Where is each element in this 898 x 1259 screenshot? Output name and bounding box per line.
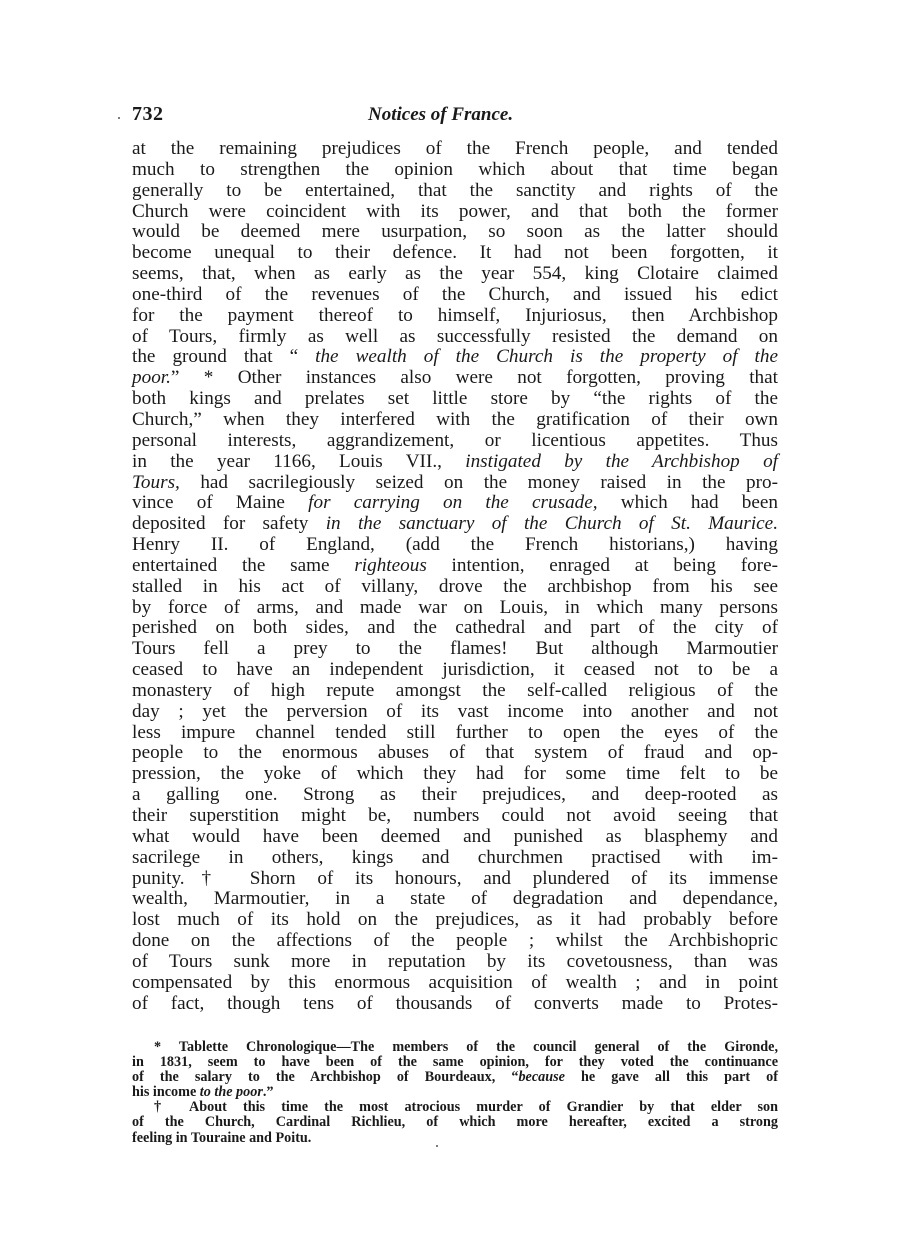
footnote-text-segment: he gave all this part of [565, 1069, 778, 1085]
body-line: one-third of the revenues of the Church,… [132, 285, 778, 306]
body-line: ceased to have an independent jurisdicti… [132, 660, 778, 681]
body-line: perished on both sides, and the cathedra… [132, 618, 778, 639]
body-line: much to strengthen the opinion which abo… [132, 160, 778, 181]
footnote-line: of the Church, Cardinal Richlieu, of whi… [132, 1115, 778, 1130]
body-text-segment: vince of Maine [132, 492, 308, 513]
body-line: would be deemed mere usurpation, so soon… [132, 222, 778, 243]
footnote-text-segment: of the salary to the Archbishop of Bourd… [132, 1069, 518, 1085]
body-line: wealth, Marmoutier, in a state of degrad… [132, 889, 778, 910]
emphasis-italic: because [518, 1069, 565, 1085]
body-line: pression, the yoke of which they had for… [132, 764, 778, 785]
footnote-line: * Tablette Chronologique—The members of … [132, 1040, 778, 1055]
body-line: the ground that “ the wealth of the Chur… [132, 347, 778, 368]
body-line: what would have been deemed and punished… [132, 827, 778, 848]
emphasis-italic: instigated by the Archbishop of [465, 451, 778, 472]
emphasis-italic: to the poor [200, 1084, 263, 1100]
body-line: people to the enormous abuses of that sy… [132, 743, 778, 764]
body-text-segment: the ground that “ [132, 346, 315, 367]
body-line: in the year 1166, Louis VII., instigated… [132, 452, 778, 473]
print-speck [118, 117, 120, 119]
print-speck [436, 1145, 438, 1147]
body-text-segment: had sacrilegiously seized on the money r… [180, 472, 778, 493]
body-line: punity.† Shorn of its honours, and plund… [132, 869, 778, 890]
body-text: at the remaining prejudices of the Frenc… [132, 139, 778, 1014]
running-title: Notices of France. [368, 104, 513, 126]
body-line: compensated by this enormous acquisition… [132, 973, 778, 994]
body-line: vince of Maine for carrying on the crusa… [132, 493, 778, 514]
body-line: Church,” when they interfered with the g… [132, 410, 778, 431]
body-line: poor.” * Other instances also were not f… [132, 368, 778, 389]
body-line: Tours fell a prey to the flames! But alt… [132, 639, 778, 660]
body-line: Tours, had sacrilegiously seized on the … [132, 473, 778, 494]
body-line: Church were coincident with its power, a… [132, 202, 778, 223]
body-text-segment: in the year 1166, Louis VII., [132, 451, 465, 472]
emphasis-italic: Tours, [132, 472, 180, 493]
page-number: 732 [132, 103, 164, 126]
body-text-segment: which had been [598, 492, 778, 513]
footnote-reference-star: ” * Other instances also were not forgot… [171, 367, 778, 388]
body-line: generally to be entertained, that the sa… [132, 181, 778, 202]
body-line: monastery of high repute amongst the sel… [132, 681, 778, 702]
body-line: both kings and prelates set little store… [132, 389, 778, 410]
body-line: entertained the same righteous intention… [132, 556, 778, 577]
body-line: by force of arms, and made war on Louis,… [132, 598, 778, 619]
body-line: lost much of its hold on the prejudices,… [132, 910, 778, 931]
footnote-line: of the salary to the Archbishop of Bourd… [132, 1070, 778, 1085]
quotation-italic: the wealth of the Church is the property… [315, 346, 778, 367]
book-page: 732 Notices of France. at the remaining … [0, 0, 898, 1259]
body-line: for the payment thereof to himself, Inju… [132, 306, 778, 327]
footnote-line: † About this time the most atrocious mur… [132, 1100, 778, 1115]
body-line: become unequal to their defence. It had … [132, 243, 778, 264]
body-line: their superstition might be, numbers cou… [132, 806, 778, 827]
footnote-text-segment: his income [132, 1084, 200, 1100]
body-line: of fact, though tens of thousands of con… [132, 994, 778, 1015]
body-line: of Tours, firmly as well as successfully… [132, 327, 778, 348]
emphasis-italic: for carrying on the crusade, [308, 492, 597, 513]
emphasis-italic: in the sanctuary of the Church of St. Ma… [326, 513, 778, 534]
body-text-segment: deposited for safety [132, 513, 326, 534]
body-line: deposited for safety in the sanctuary of… [132, 514, 778, 535]
body-line: of Tours sunk more in reputation by its … [132, 952, 778, 973]
footnote-text-segment: .” [263, 1084, 274, 1100]
body-line: personal interests, aggrandizement, or l… [132, 431, 778, 452]
body-line: Henry II. of England, (add the French hi… [132, 535, 778, 556]
footnote-line: his income to the poor.” [132, 1085, 778, 1100]
body-text-segment: intention, enraged at being fore- [427, 555, 778, 576]
footnotes: * Tablette Chronologique—The members of … [132, 1040, 778, 1146]
footnote-line: in 1831, seem to have been of the same o… [132, 1055, 778, 1070]
body-line: done on the affections of the people ; w… [132, 931, 778, 952]
body-line: less impure channel tended still further… [132, 723, 778, 744]
quotation-italic: poor. [132, 367, 171, 388]
footnote-line: feeling in Touraine and Poitu. [132, 1131, 778, 1146]
body-line: sacrilege in others, kings and churchmen… [132, 848, 778, 869]
footnote-star: * Tablette Chronologique—The members of … [132, 1040, 778, 1100]
footnote-dagger: † About this time the most atrocious mur… [132, 1100, 778, 1145]
body-line: at the remaining prejudices of the Frenc… [132, 139, 778, 160]
body-text-segment: entertained the same [132, 555, 354, 576]
body-line: seems, that, when as early as the year 5… [132, 264, 778, 285]
body-line: day ; yet the perversion of its vast inc… [132, 702, 778, 723]
body-line: stalled in his act of villany, drove the… [132, 577, 778, 598]
body-line: a galling one. Strong as their prejudice… [132, 785, 778, 806]
running-head: 732 Notices of France. [132, 103, 778, 127]
emphasis-italic: righteous [354, 555, 427, 576]
